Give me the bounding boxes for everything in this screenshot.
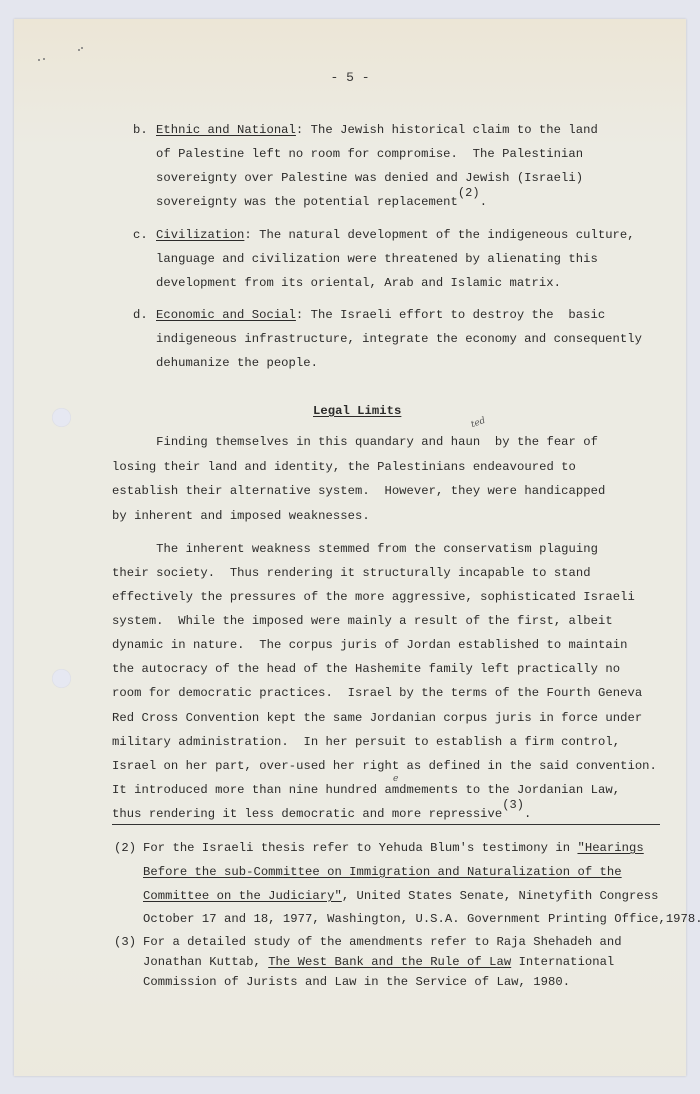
list-marker: b. (133, 118, 148, 142)
cited-title: The West Bank and the Rule of Law (268, 955, 511, 969)
item-text: development from its oriental, Arab and … (156, 271, 561, 295)
item-text: language and civilization were threatene… (156, 247, 598, 271)
item-text: : The natural development of the indigen… (244, 228, 634, 242)
paragraph-line: Red Cross Convention kept the same Jorda… (112, 706, 642, 730)
list-marker: d. (133, 303, 148, 327)
section-title: Legal Limits (313, 399, 401, 423)
footnote-text: For the Israeli thesis refer to Yehuda B… (143, 841, 577, 855)
cited-title: "Hearings (577, 841, 643, 855)
punch-hole (52, 669, 71, 688)
paragraph-line: It introduced more than nine hundred amd… (112, 778, 620, 802)
item-text: indigeneous infrastructure, integrate th… (156, 327, 642, 351)
cited-title: Committee on the Judiciary" (143, 889, 342, 903)
paragraph-line: their society. Thus rendering it structu… (112, 561, 591, 585)
footnote-ref: (2) (458, 186, 480, 200)
list-item-c: Civilization: The natural development of… (156, 223, 635, 247)
paragraph-line: system. While the imposed were mainly a … (112, 609, 613, 633)
item-text-last: sovereignty was the potential replacemen… (156, 190, 487, 214)
footnote-line: Committee on the Judiciary", United Stat… (143, 884, 658, 908)
footnote-line: Commission of Jurists and Law in the Ser… (143, 970, 570, 994)
paragraph-line: The inherent weakness stemmed from the c… (112, 537, 598, 561)
punch-hole (52, 408, 71, 427)
footnote-marker: (3) (114, 930, 136, 954)
paper-speck (43, 58, 45, 60)
paragraph-line: room for democratic practices. Israel by… (112, 681, 642, 705)
period: . (480, 195, 487, 209)
footnote-line: October 17 and 18, 1977, Washington, U.S… (143, 907, 700, 931)
footnote-text: , United States Senate, Ninetyfith Congr… (342, 889, 659, 903)
paragraph-text: thus rendering it less democratic and mo… (112, 807, 502, 821)
footnote-separator (112, 824, 660, 825)
list-item-d: Economic and Social: The Israeli effort … (156, 303, 605, 327)
paper-speck (38, 59, 40, 61)
item-text: : The Israeli effort to destroy the basi… (296, 308, 605, 322)
footnote-marker: (2) (114, 836, 136, 860)
cited-title: Before the sub-Committee on Immigration … (143, 865, 622, 879)
list-item-b: Ethnic and National: The Jewish historic… (156, 118, 598, 142)
item-text: dehumanize the people. (156, 351, 318, 375)
item-text: : The Jewish historical claim to the lan… (296, 123, 598, 137)
paragraph-line: military administration. In her persuit … (112, 730, 620, 754)
footnote-text: International (511, 955, 614, 969)
period: . (524, 807, 531, 821)
item-text: of Palestine left no room for compromise… (156, 142, 583, 166)
page-number: - 5 - (0, 70, 700, 85)
paragraph-line: the autocracy of the head of the Hashemi… (112, 657, 620, 681)
item-heading: Economic and Social (156, 308, 296, 322)
item-heading: Ethnic and National (156, 123, 296, 137)
item-heading: Civilization (156, 228, 244, 242)
paper-speck (81, 47, 83, 49)
paragraph-line: effectively the pressures of the more ag… (112, 585, 635, 609)
list-marker: c. (133, 223, 148, 247)
paragraph-line-last: thus rendering it less democratic and mo… (112, 802, 531, 826)
footnote-text: Jonathan Kuttab, (143, 955, 268, 969)
paragraph-line: establish their alternative system. Howe… (112, 479, 605, 503)
footnote-ref: (3) (502, 798, 524, 812)
paragraph-line: by inherent and imposed weaknesses. (112, 504, 370, 528)
paragraph-line: Israel on her part, over-used her right … (112, 754, 657, 778)
footnote-line: Before the sub-Committee on Immigration … (143, 860, 622, 884)
paper-speck (78, 49, 80, 51)
paragraph-line: dynamic in nature. The corpus juris of J… (112, 633, 627, 657)
paragraph-line: Finding themselves in this quandary and … (112, 430, 598, 454)
footnote-line: For the Israeli thesis refer to Yehuda B… (143, 836, 644, 860)
item-text: sovereignty was the potential replacemen… (156, 195, 458, 209)
item-text: sovereignty over Palestine was denied an… (156, 166, 583, 190)
paragraph-line: losing their land and identity, the Pale… (112, 455, 576, 479)
